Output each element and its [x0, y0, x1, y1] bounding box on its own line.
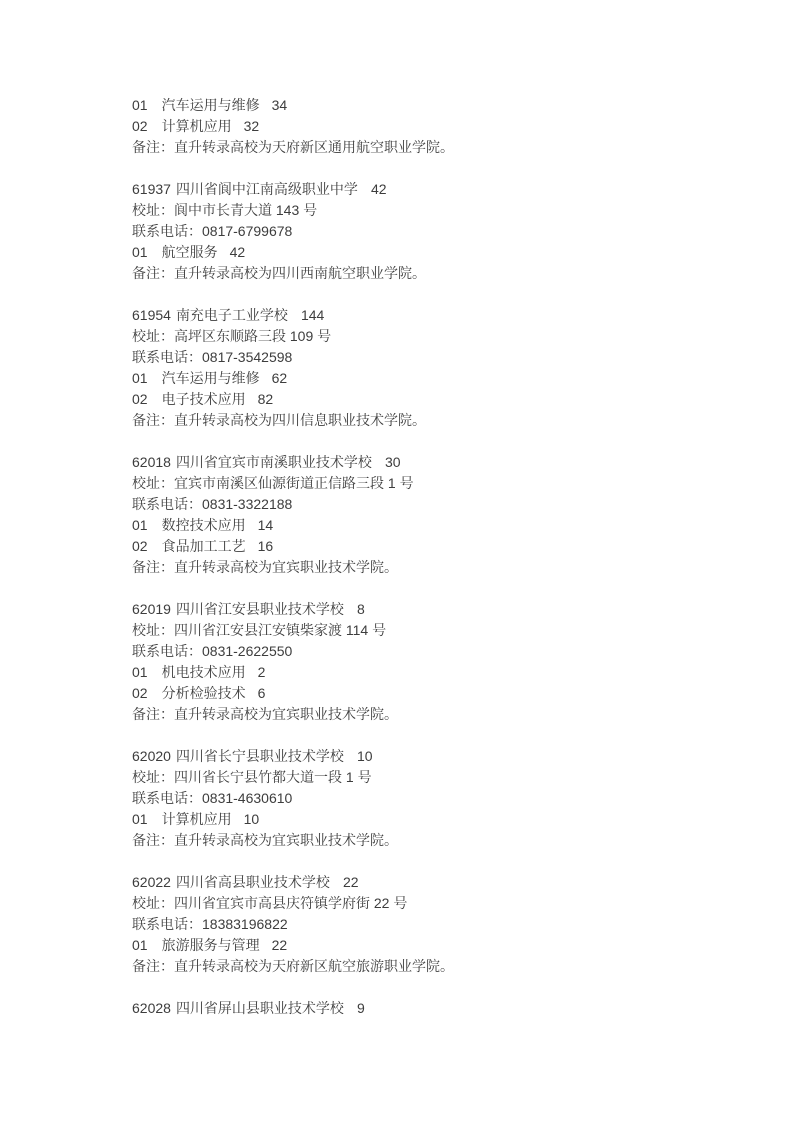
- program-name: 汽车运用与维修: [162, 370, 260, 386]
- program-name: 机电技术应用: [162, 664, 246, 680]
- document-page: 01汽车运用与维修3402计算机应用32备注：直升转录高校为天府新区通用航空职业…: [0, 0, 793, 1122]
- program-count: 62: [272, 370, 288, 386]
- program-no: 01: [132, 811, 148, 827]
- program-count: 6: [258, 685, 266, 701]
- phone-line: 联系电话：0831-3322188: [132, 494, 692, 515]
- school-total: 144: [301, 307, 324, 323]
- school-entry: 62019四川省江安县职业技术学校8: [132, 599, 692, 620]
- program-count: 82: [258, 391, 274, 407]
- phone-line: 联系电话：0817-3542598: [132, 347, 692, 368]
- school-code: 61937: [132, 181, 171, 197]
- phone-line: 联系电话：18383196822: [132, 914, 692, 935]
- blank-line: [132, 977, 692, 998]
- note-line: 备注：直升转录高校为四川信息职业技术学院。: [132, 410, 692, 431]
- program-no: 01: [132, 97, 148, 113]
- program-line: 01数控技术应用14: [132, 515, 692, 536]
- note-line: 备注：直升转录高校为宜宾职业技术学院。: [132, 704, 692, 725]
- school-header-line: 62022四川省高县职业技术学校22: [132, 872, 692, 893]
- program-count: 42: [230, 244, 246, 260]
- program-no: 01: [132, 937, 148, 953]
- program-name: 数控技术应用: [162, 517, 246, 533]
- school-total: 30: [385, 454, 401, 470]
- address-line: 校址：四川省长宁县竹都大道一段 1 号: [132, 767, 692, 788]
- school-code: 62028: [132, 1000, 171, 1016]
- address-line: 校址：四川省宜宾市高县庆符镇学府街 22 号: [132, 893, 692, 914]
- address-line: 校址：宜宾市南溪区仙源街道正信路三段 1 号: [132, 473, 692, 494]
- school-code: 62020: [132, 748, 171, 764]
- note-line: 备注：直升转录高校为天府新区通用航空职业学院。: [132, 137, 692, 158]
- school-total: 9: [357, 1000, 365, 1016]
- program-count: 32: [244, 118, 260, 134]
- school-code: 62019: [132, 601, 171, 617]
- school-header-line: 62019四川省江安县职业技术学校8: [132, 599, 692, 620]
- program-line: 02食品加工工艺16: [132, 536, 692, 557]
- program-name: 汽车运用与维修: [162, 97, 260, 113]
- school-entry: 61937四川省阆中江南高级职业中学42: [132, 179, 692, 200]
- phone-line: 联系电话：0817-6799678: [132, 221, 692, 242]
- program-name: 航空服务: [162, 244, 218, 260]
- note-line: 备注：直升转录高校为天府新区航空旅游职业学院。: [132, 956, 692, 977]
- blank-line: [132, 578, 692, 599]
- blank-line: [132, 158, 692, 179]
- school-header-line: 62020四川省长宁县职业技术学校10: [132, 746, 692, 767]
- program-line: 01汽车运用与维修34: [132, 95, 692, 116]
- school-entry: 61954南充电子工业学校144: [132, 305, 692, 326]
- program-name: 电子技术应用: [162, 391, 246, 407]
- program-line: 02计算机应用32: [132, 116, 692, 137]
- school-code: 62022: [132, 874, 171, 890]
- program-no: 02: [132, 685, 148, 701]
- program-count: 34: [272, 97, 288, 113]
- school-code: 62018: [132, 454, 171, 470]
- program-line: 02分析检验技术6: [132, 683, 692, 704]
- program-no: 01: [132, 664, 148, 680]
- note-line: 备注：直升转录高校为宜宾职业技术学院。: [132, 830, 692, 851]
- school-name: 四川省宜宾市南溪职业技术学校: [176, 454, 372, 470]
- school-header-line: 61937四川省阆中江南高级职业中学42: [132, 179, 692, 200]
- school-header-line: 62018四川省宜宾市南溪职业技术学校30: [132, 452, 692, 473]
- school-code: 61954: [132, 307, 171, 323]
- program-no: 02: [132, 391, 148, 407]
- blank-line: [132, 284, 692, 305]
- program-name: 计算机应用: [162, 811, 232, 827]
- document-text: 01汽车运用与维修3402计算机应用32备注：直升转录高校为天府新区通用航空职业…: [132, 95, 692, 1019]
- blank-line: [132, 851, 692, 872]
- note-line: 备注：直升转录高校为四川西南航空职业学院。: [132, 263, 692, 284]
- school-name: 四川省阆中江南高级职业中学: [176, 181, 358, 197]
- school-total: 42: [371, 181, 387, 197]
- program-line: 01计算机应用10: [132, 809, 692, 830]
- program-line: 01机电技术应用2: [132, 662, 692, 683]
- school-total: 10: [357, 748, 373, 764]
- school-name: 四川省屏山县职业技术学校: [176, 1000, 344, 1016]
- phone-line: 联系电话：0831-4630610: [132, 788, 692, 809]
- school-entry: 62022四川省高县职业技术学校22: [132, 872, 692, 893]
- program-name: 旅游服务与管理: [162, 937, 260, 953]
- program-name: 食品加工工艺: [162, 538, 246, 554]
- program-line: 01航空服务42: [132, 242, 692, 263]
- note-line: 备注：直升转录高校为宜宾职业技术学院。: [132, 557, 692, 578]
- school-name: 四川省长宁县职业技术学校: [176, 748, 344, 764]
- school-entry: 62020四川省长宁县职业技术学校10: [132, 746, 692, 767]
- program-count: 14: [258, 517, 274, 533]
- program-count: 2: [258, 664, 266, 680]
- program-count: 22: [272, 937, 288, 953]
- school-entry: 62018四川省宜宾市南溪职业技术学校30: [132, 452, 692, 473]
- program-no: 01: [132, 517, 148, 533]
- school-name: 四川省江安县职业技术学校: [176, 601, 344, 617]
- school-header-line: 62028四川省屏山县职业技术学校9: [132, 998, 692, 1019]
- address-line: 校址：阆中市长青大道 143 号: [132, 200, 692, 221]
- address-line: 校址：高坪区东顺路三段 109 号: [132, 326, 692, 347]
- program-name: 计算机应用: [162, 118, 232, 134]
- program-line: 01旅游服务与管理22: [132, 935, 692, 956]
- program-count: 16: [258, 538, 274, 554]
- program-no: 01: [132, 244, 148, 260]
- program-no: 02: [132, 118, 148, 134]
- school-total: 8: [357, 601, 365, 617]
- school-header-line: 61954南充电子工业学校144: [132, 305, 692, 326]
- school-entry: 62028四川省屏山县职业技术学校9: [132, 998, 692, 1019]
- program-no: 01: [132, 370, 148, 386]
- blank-line: [132, 725, 692, 746]
- program-no: 02: [132, 538, 148, 554]
- school-name: 四川省高县职业技术学校: [176, 874, 330, 890]
- address-line: 校址：四川省江安县江安镇柴家渡 114 号: [132, 620, 692, 641]
- blank-line: [132, 431, 692, 452]
- phone-line: 联系电话：0831-2622550: [132, 641, 692, 662]
- program-line: 01汽车运用与维修62: [132, 368, 692, 389]
- program-count: 10: [244, 811, 260, 827]
- school-name: 南充电子工业学校: [176, 307, 288, 323]
- program-name: 分析检验技术: [162, 685, 246, 701]
- program-line: 02电子技术应用82: [132, 389, 692, 410]
- school-total: 22: [343, 874, 359, 890]
